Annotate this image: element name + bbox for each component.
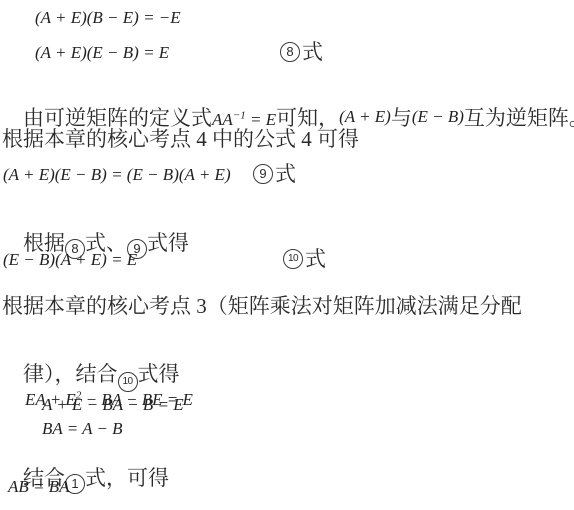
formula-8-label: 8式 <box>280 40 323 64</box>
paragraph-keypoint4: 根据本章的核心考点 4 中的公式 4 可得 <box>2 127 359 151</box>
formula-10-label: 10式 <box>283 247 326 271</box>
formula-simplify: A + E − BA − B = E <box>42 395 184 415</box>
paragraph-combine-1: 结合1式，可得 <box>2 442 169 510</box>
formula-9: (A + E)(E − B) = (E − B)(A + E) <box>3 165 231 185</box>
circled-number-8: 8 <box>280 42 300 62</box>
paragraph-definition-post: 互为逆矩阵。 <box>464 106 574 130</box>
circled-number-9: 9 <box>253 164 273 184</box>
paragraph-combine1-post: 式，可得 <box>85 466 169 490</box>
paragraph-definition-and: 与 <box>391 106 412 130</box>
formula-10: (E − B)(A + E) = E <box>3 250 137 270</box>
formula-10-label-suffix: 式 <box>305 247 326 271</box>
inline-math-a-plus-e: (A + E) <box>339 107 391 126</box>
formula-8: (A + E)(E − B) = E <box>35 43 169 63</box>
formula-8-label-suffix: 式 <box>302 40 323 64</box>
formula-final: AB = BA <box>8 477 70 497</box>
inline-math-e-minus-b: (E − B) <box>412 107 464 126</box>
paragraph-from-8-9: 根据8式、9式得 <box>2 207 189 283</box>
document-page: (A + E)(B − E) = −E (A + E)(E − B) = E 8… <box>0 0 574 510</box>
formula-9-label-suffix: 式 <box>275 162 296 186</box>
formula-ba-result: BA = A − B <box>42 419 123 439</box>
paragraph-keypoint3-line1: 根据本章的核心考点 3（矩阵乘法对矩阵加减法满足分配 <box>2 294 522 318</box>
formula-9-label: 9式 <box>253 162 296 186</box>
formula-top: (A + E)(B − E) = −E <box>35 8 181 28</box>
paragraph-from89-post: 式得 <box>147 231 189 255</box>
circled-number-10: 10 <box>283 249 303 269</box>
